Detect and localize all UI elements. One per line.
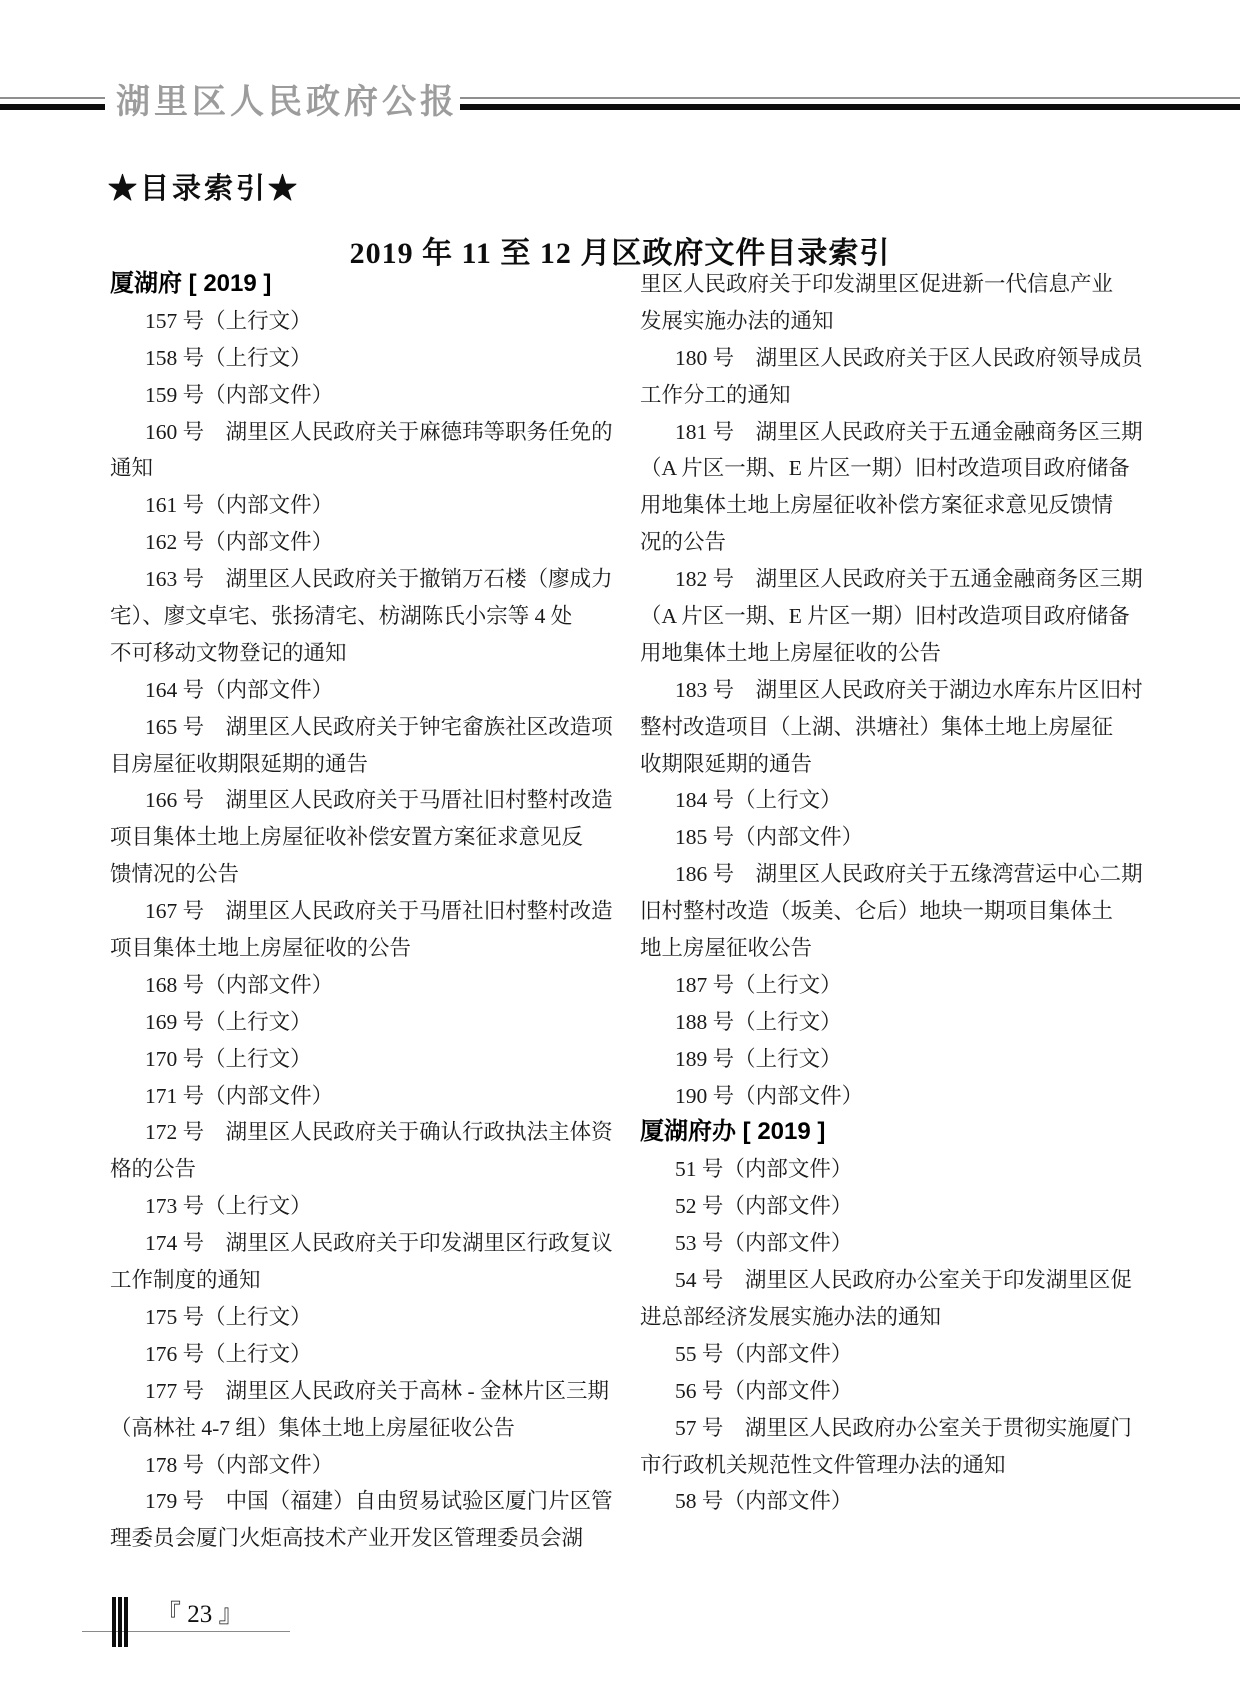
masthead-title: 湖里区人民政府公报 xyxy=(116,74,458,123)
doc-index-line: 187 号（上行文） xyxy=(640,967,1118,1004)
doc-index-line: 旧村整村改造（坂美、仑后）地块一期项目集体土 xyxy=(640,893,1118,930)
doc-index-line: 186 号 湖里区人民政府关于五缘湾营运中心二期 xyxy=(640,856,1118,893)
doc-index-line: 176 号（上行文） xyxy=(110,1336,588,1373)
doc-index-line: 况的公告 xyxy=(640,524,1118,561)
doc-index-line: 收期限延期的通告 xyxy=(640,746,1118,783)
doc-index-line: 172 号 湖里区人民政府关于确认行政执法主体资 xyxy=(110,1114,588,1151)
doc-index-line: 181 号 湖里区人民政府关于五通金融商务区三期 xyxy=(640,414,1118,451)
doc-index-line: 理委员会厦门火炬高技术产业开发区管理委员会湖 xyxy=(110,1520,588,1557)
doc-index-line: 161 号（内部文件） xyxy=(110,487,588,524)
doc-index-line: 通知 xyxy=(110,450,588,487)
doc-index-line: 用地集体土地上房屋征收补偿方案征求意见反馈情 xyxy=(640,487,1118,524)
doc-group-header: 厦湖府办 [ 2019 ] xyxy=(640,1114,1118,1151)
doc-index-line: 182 号 湖里区人民政府关于五通金融商务区三期 xyxy=(640,561,1118,598)
doc-index-line: 52 号（内部文件） xyxy=(640,1188,1118,1225)
doc-index-line: 158 号（上行文） xyxy=(110,340,588,377)
doc-index-line: 177 号 湖里区人民政府关于高林 - 金林片区三期 xyxy=(110,1373,588,1410)
toc-column-left: 厦湖府 [ 2019 ]157 号（上行文）158 号（上行文）159 号（内部… xyxy=(110,266,588,1557)
doc-index-line: 53 号（内部文件） xyxy=(640,1225,1118,1262)
page-number: 『 23 』 xyxy=(156,1594,244,1630)
doc-index-line: 189 号（上行文） xyxy=(640,1041,1118,1078)
doc-index-line: 项目集体土地上房屋征收补偿安置方案征求意见反 xyxy=(110,819,588,856)
doc-index-line: 进总部经济发展实施办法的通知 xyxy=(640,1299,1118,1336)
doc-index-line: 179 号 中国（福建）自由贸易试验区厦门片区管 xyxy=(110,1483,588,1520)
doc-index-line: 171 号（内部文件） xyxy=(110,1078,588,1115)
doc-index-line: 167 号 湖里区人民政府关于马厝社旧村整村改造 xyxy=(110,893,588,930)
doc-index-line: 地上房屋征收公告 xyxy=(640,930,1118,967)
header-rule-left-thin xyxy=(0,97,105,99)
doc-index-line: 56 号（内部文件） xyxy=(640,1373,1118,1410)
doc-index-line: 165 号 湖里区人民政府关于钟宅畲族社区改造项 xyxy=(110,709,588,746)
doc-index-line: 项目集体土地上房屋征收的公告 xyxy=(110,930,588,967)
doc-index-line: 里区人民政府关于印发湖里区促进新一代信息产业 xyxy=(640,266,1118,303)
doc-index-line: （A 片区一期、E 片区一期）旧村改造项目政府储备 xyxy=(640,450,1118,487)
header-rule-left-thick xyxy=(0,104,105,110)
doc-index-line: 157 号（上行文） xyxy=(110,303,588,340)
doc-index-line: 用地集体土地上房屋征收的公告 xyxy=(640,635,1118,672)
doc-index-line: 188 号（上行文） xyxy=(640,1004,1118,1041)
doc-index-line: 格的公告 xyxy=(110,1151,588,1188)
doc-index-line: 162 号（内部文件） xyxy=(110,524,588,561)
doc-index-line: 工作制度的通知 xyxy=(110,1262,588,1299)
doc-index-line: 180 号 湖里区人民政府关于区人民政府领导成员 xyxy=(640,340,1118,377)
gazette-page: 湖里区人民政府公报 ★目录索引★ 2019 年 11 至 12 月区政府文件目录… xyxy=(0,0,1240,1683)
doc-index-line: （高林社 4-7 组）集体土地上房屋征收公告 xyxy=(110,1410,588,1447)
doc-index-line: 目房屋征收期限延期的通告 xyxy=(110,746,588,783)
doc-index-line: 55 号（内部文件） xyxy=(640,1336,1118,1373)
doc-index-line: 184 号（上行文） xyxy=(640,782,1118,819)
doc-index-line: 160 号 湖里区人民政府关于麻德玮等职务任免的 xyxy=(110,414,588,451)
doc-index-line: 164 号（内部文件） xyxy=(110,672,588,709)
footer-bar xyxy=(124,1597,128,1647)
doc-index-line: 发展实施办法的通知 xyxy=(640,303,1118,340)
doc-group-header: 厦湖府 [ 2019 ] xyxy=(110,266,588,303)
doc-index-line: 宅）、廖文卓宅、张扬清宅、枋湖陈氏小宗等 4 处 xyxy=(110,598,588,635)
doc-index-line: 57 号 湖里区人民政府办公室关于贯彻实施厦门 xyxy=(640,1410,1118,1447)
doc-index-line: 169 号（上行文） xyxy=(110,1004,588,1041)
doc-index-line: 178 号（内部文件） xyxy=(110,1447,588,1484)
doc-index-line: 馈情况的公告 xyxy=(110,856,588,893)
section-marker-catalog-index: ★目录索引★ xyxy=(108,166,300,207)
footer-bar xyxy=(112,1597,116,1647)
doc-index-line: 173 号（上行文） xyxy=(110,1188,588,1225)
doc-index-line: 190 号（内部文件） xyxy=(640,1078,1118,1115)
doc-index-line: 175 号（上行文） xyxy=(110,1299,588,1336)
header-rule-right-thin xyxy=(460,97,1240,99)
doc-index-line: 166 号 湖里区人民政府关于马厝社旧村整村改造 xyxy=(110,782,588,819)
doc-index-line: 183 号 湖里区人民政府关于湖边水库东片区旧村 xyxy=(640,672,1118,709)
doc-index-line: 159 号（内部文件） xyxy=(110,377,588,414)
doc-index-line: 163 号 湖里区人民政府关于撤销万石楼（廖成力 xyxy=(110,561,588,598)
doc-index-line: 174 号 湖里区人民政府关于印发湖里区行政复议 xyxy=(110,1225,588,1262)
doc-index-line: 不可移动文物登记的通知 xyxy=(110,635,588,672)
toc-column-right: 里区人民政府关于印发湖里区促进新一代信息产业发展实施办法的通知180 号 湖里区… xyxy=(640,266,1118,1520)
footer-bar xyxy=(118,1597,122,1647)
header-rule-right-thick xyxy=(460,104,1240,110)
doc-index-line: 185 号（内部文件） xyxy=(640,819,1118,856)
doc-index-line: 51 号（内部文件） xyxy=(640,1151,1118,1188)
doc-index-line: 54 号 湖里区人民政府办公室关于印发湖里区促 xyxy=(640,1262,1118,1299)
doc-index-line: （A 片区一期、E 片区一期）旧村改造项目政府储备 xyxy=(640,598,1118,635)
doc-index-line: 整村改造项目（上湖、洪塘社）集体土地上房屋征 xyxy=(640,709,1118,746)
doc-index-line: 工作分工的通知 xyxy=(640,377,1118,414)
doc-index-line: 市行政机关规范性文件管理办法的通知 xyxy=(640,1447,1118,1484)
doc-index-line: 58 号（内部文件） xyxy=(640,1483,1118,1520)
doc-index-line: 168 号（内部文件） xyxy=(110,967,588,1004)
doc-index-line: 170 号（上行文） xyxy=(110,1041,588,1078)
